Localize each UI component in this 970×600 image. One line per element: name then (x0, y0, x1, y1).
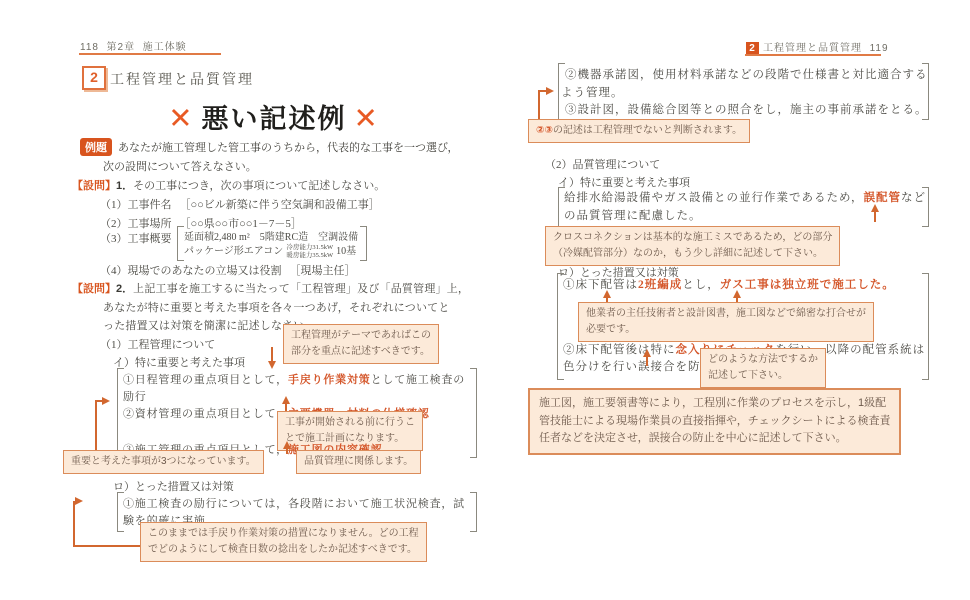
section-title: 工程管理と品質管理 (110, 69, 254, 89)
bad-example-title-text: 悪い記述例 (202, 104, 347, 134)
connector-line (538, 90, 540, 120)
callout-three-items-text: 重要と考えた事項が3つになっています。 (71, 454, 256, 470)
question2-label: 【設問】 (72, 283, 116, 295)
item1-name: 工事件名 (128, 199, 172, 211)
rblock3-line1: ①床下配管は2班編成とし，ガス工事は独立班で施工した。 (563, 276, 895, 292)
callout-final-advice-line1: 施工図，施工要領書等により，工程別に作業のプロセスを示し，1級配 (539, 395, 890, 413)
connector-line (286, 448, 288, 454)
quality-mgmt-heading: （2）品質管理について (545, 156, 660, 172)
callout-three-items: 重要と考えた事項が3つになっています。 (63, 450, 264, 474)
work-outline-label: （3）工事概要 (100, 230, 172, 246)
block2-line1: ①施工検査の励行については，各段階において施工状況検査，試 (123, 495, 465, 511)
block1-bracket-right (470, 368, 477, 458)
arrow-right-icon (75, 497, 83, 505)
connector-line (73, 545, 140, 547)
question2-line2: あなたが特に重要と考えた事項を各々一つあげ，それぞれについてと (103, 299, 450, 315)
callout-method-advice-line2: 記述して下さい。 (708, 368, 818, 384)
right-page-header: 2工程管理と品質管理 119 (746, 39, 889, 55)
callout-schedule-theme: 工程管理がテーマであればこの 部分を重点に記述すべきです。 (283, 324, 439, 364)
right-header-title: 工程管理と品質管理 (763, 43, 862, 54)
right-header-underline (745, 54, 881, 56)
bad-example-title: ✕悪い記述例✕ (80, 97, 468, 136)
question2-row: 【設問】2．上記工事を施工するに当たって「工程管理」及び「品質管理」上， (72, 280, 469, 296)
work-outline-line2: パッケージ形エアコン冷房能力31.5kW暖房能力35.5kW10基 (184, 242, 356, 260)
outline-bracket-left (177, 226, 184, 261)
capacity-note: 冷房能力31.5kW暖房能力35.5kW (286, 244, 333, 260)
callout-not-schedule-text: ②③の記述は工程管理でないと判断されます。 (536, 123, 742, 139)
section-badge: 2 (82, 66, 106, 90)
arrow-down-icon (268, 361, 276, 369)
callout-final-advice-line3: 任者などを決定させ，誤接合の防止を中心に記述して下さい。 (539, 430, 890, 448)
left-page-header: 118 第2章 施工体験 (80, 38, 187, 53)
chapter-label: 第2章 (107, 42, 136, 53)
question1-label: 【設問】 (72, 180, 116, 192)
callout-cross-connection-line2: （冷媒配管部分）なのか，もう少し詳細に記述して下さい。 (553, 246, 832, 262)
quality-important-heading: イ）特に重要と考えた事項 (558, 174, 690, 190)
arrow-right-icon (102, 397, 110, 405)
schedule-mgmt-heading: （1）工程管理について (100, 336, 215, 352)
book-spread: { "colors": { "accent_orange": "#d8541e"… (0, 0, 970, 600)
callout-not-schedule: ②③の記述は工程管理でないと判断されます。 (528, 119, 750, 143)
x-mark-right-icon: ✕ (354, 103, 380, 135)
callout-schedule-theme-line1: 工程管理がテーマであればこの (291, 328, 431, 344)
schedule-important-heading: イ）特に重要と考えた事項 (113, 354, 245, 370)
example-text-line1: あなたが施工管理した管工事のうちから，代表的な工事を一つ選び， (118, 139, 459, 155)
x-mark-left-icon: ✕ (168, 103, 194, 135)
item4-name: 現場でのあなたの立場又は役割 (128, 265, 282, 277)
callout-rework-advice-line1: このままでは手戻り作業対策の措置になりません。どの工程 (148, 526, 419, 542)
callout-quality-related: 品質管理に関係します。 (296, 450, 421, 474)
schedule-measures-heading: ロ）とった措置又は対策 (113, 478, 234, 494)
work-outline-line1: 延面積2,480 m² 5階建RC造 空調設備 (184, 228, 358, 243)
connector-line (271, 347, 273, 362)
block2-bracket-right (470, 492, 477, 532)
rblock2-line1: 給排水給湯設備やガス設備との並行作業であるため，誤配管など (564, 189, 926, 205)
rblock1-line2: よう管理。 (561, 84, 624, 100)
item2-number: （2） (100, 218, 128, 230)
block1-line1: ①日程管理の重点項目として，手戻り作業対策として施工検査の (123, 371, 465, 387)
heating-capacity: 暖房能力35.5kW (286, 252, 333, 260)
unit-count: 10基 (336, 246, 356, 257)
callout-cross-connection: クロスコネクションは基本的な施工ミスであるため，どの部分 （冷媒配管部分）なのか… (545, 226, 840, 266)
cooling-capacity: 冷房能力31.5kW (286, 244, 333, 252)
example-badge: 例題 (80, 138, 112, 156)
item1-value: ［○○ビル新築に伴う空気調和設備工事］ (180, 199, 380, 211)
question1-number: 1． (116, 180, 133, 192)
chapter-section-label: 施工体験 (143, 42, 187, 53)
connector-line (646, 356, 648, 366)
item4-number: （4） (100, 265, 128, 277)
callout-quality-related-text: 品質管理に関係します。 (304, 454, 413, 470)
rblock1-line1: ②機器承諾図，使用材料承諾などの段階で仕様書と対比適合する (565, 66, 928, 82)
item4-value: ［現場主任］ (290, 265, 356, 277)
work-title-item: （1）工事件名［○○ビル新築に伴う空気調和設備工事］ (100, 196, 380, 212)
example-text-line2: 次の設問について答えなさい。 (103, 158, 257, 174)
question2-line1: 上記工事を施工するに当たって「工程管理」及び「品質管理」上， (133, 283, 469, 295)
item3-number: （3） (100, 233, 128, 245)
rblock3-bracket-right (922, 273, 929, 380)
connector-line (95, 400, 97, 452)
callout-method-advice: どのような方法でするか 記述して下さい。 (700, 348, 826, 388)
callout-rework-advice-line2: でどのようにして検査日数の捻出をしたか記述すべきです。 (148, 542, 419, 558)
callout-cross-connection-line1: クロスコネクションは基本的な施工ミスであるため，どの部分 (553, 230, 832, 246)
rblock2-line2: の品質管理に配慮した。 (564, 207, 702, 223)
callout-meeting-needed: 他業者の主任技術者と設計図書，施工図などで綿密な打合せが 必要です。 (578, 302, 874, 342)
rblock1-line3: ③設計図，設備総合図等との照合をし，施主の事前承諾をとる。 (565, 101, 928, 117)
connector-line (874, 211, 876, 222)
callout-before-start-line1: 工事が開始される前に行うこ (285, 415, 415, 431)
connector-line (73, 501, 75, 547)
callout-method-advice-line1: どのような方法でするか (708, 352, 818, 368)
left-page-number: 118 (80, 42, 99, 53)
block1-line2: 励行 (123, 388, 147, 404)
left-header-underline (79, 53, 221, 55)
callout-final-advice-line2: 管技能士による現場作業員の直接指揮や，チェックシートによる検査責 (539, 413, 890, 431)
right-page-number: 119 (870, 43, 889, 54)
callout-rework-advice: このままでは手戻り作業対策の措置になりません。どの工程 でどのようにして検査日数… (140, 522, 427, 562)
callout-meeting-needed-line1: 他業者の主任技術者と設計図書，施工図などで綿密な打合せが (586, 306, 866, 322)
callout-schedule-theme-line2: 部分を重点に記述すべきです。 (291, 344, 431, 360)
question2-number: 2． (116, 283, 133, 295)
question1-intro: その工事につき，次の事項について記述しなさい。 (133, 180, 385, 192)
callout-meeting-needed-line2: 必要です。 (586, 322, 866, 338)
aircon-label: パッケージ形エアコン (184, 246, 283, 257)
item3-name: 工事概要 (128, 233, 172, 245)
role-item: （4）現場でのあなたの立場又は役割［現場主任］ (100, 262, 356, 278)
question1-row: 【設問】1．その工事につき，次の事項について記述しなさい。 (72, 177, 385, 193)
callout-final-advice: 施工図，施工要領書等により，工程別に作業のプロセスを示し，1級配 管技能士による… (528, 388, 901, 455)
outline-bracket-right (360, 226, 367, 261)
item1-number: （1） (100, 199, 128, 211)
item2-name: 工事場所 (128, 218, 172, 230)
